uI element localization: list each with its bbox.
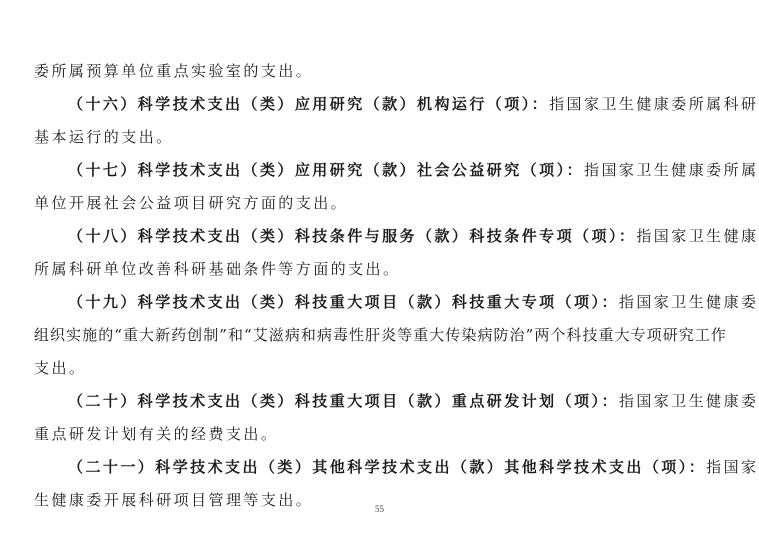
item-17-heading: （十七）科学技术支出（类）应用研究（款）社会公益研究（项）： bbox=[68, 161, 584, 179]
item-16-heading: （十六）科学技术支出（类）应用研究（款）机构运行（项）： bbox=[68, 95, 549, 113]
item-17-line-2: 单位开展社会公益项目研究方面的支出。 bbox=[34, 188, 348, 218]
item-17-text: 指国家卫生健康委所属科研 bbox=[584, 161, 759, 179]
item-19-first-line: （十九）科学技术支出（类）科技重大项目（款）科技重大专项（项）：指国家卫生健康委… bbox=[68, 287, 759, 317]
item-18-first-line: （十八）科学技术支出（类）科技条件与服务（款）科技条件专项（项）：指国家卫生健康… bbox=[68, 221, 759, 251]
item-19-text: 指国家卫生健康委牵头 bbox=[619, 293, 759, 311]
item-16-text: 指国家卫生健康委所属科研单位 bbox=[549, 95, 759, 113]
item-18-line-2: 所属科研单位改善科研基础条件等方面的支出。 bbox=[34, 254, 400, 284]
paragraph-continuation: 委所属预算单位重点实验室的支出。 bbox=[34, 56, 313, 86]
item-19-heading: （十九）科学技术支出（类）科技重大项目（款）科技重大专项（项）： bbox=[68, 293, 619, 311]
item-18-heading: （十八）科学技术支出（类）科技条件与服务（款）科技条件专项（项）： bbox=[68, 227, 636, 245]
page-number: 55 bbox=[0, 504, 759, 514]
item-16-first-line: （十六）科学技术支出（类）应用研究（款）机构运行（项）：指国家卫生健康委所属科研… bbox=[68, 89, 759, 119]
item-20-heading: （二十）科学技术支出（类）科技重大项目（款）重点研发计划（项）： bbox=[68, 392, 619, 410]
item-17-first-line: （十七）科学技术支出（类）应用研究（款）社会公益研究（项）：指国家卫生健康委所属… bbox=[68, 155, 759, 185]
item-21-first-line: （二十一）科学技术支出（类）其他科学技术支出（款）其他科学技术支出（项）：指国家… bbox=[68, 452, 759, 482]
item-19-line-2: 组织实施的“重大新药创制”和“艾滋病和病毒性肝炎等重大传染病防治”两个科技重大专… bbox=[34, 320, 727, 350]
item-20-first-line: （二十）科学技术支出（类）科技重大项目（款）重点研发计划（项）：指国家卫生健康委… bbox=[68, 386, 759, 416]
item-21-text: 指国家卫 bbox=[706, 458, 759, 476]
item-19-line-3: 支出。 bbox=[34, 353, 86, 383]
item-20-line-2: 重点研发计划有关的经费支出。 bbox=[34, 419, 278, 449]
item-18-text: 指国家卫生健康委 bbox=[636, 227, 759, 245]
item-21-heading: （二十一）科学技术支出（类）其他科学技术支出（款）其他科学技术支出（项）： bbox=[68, 458, 706, 476]
item-20-text: 指国家卫生健康委用于 bbox=[619, 392, 759, 410]
item-16-line-2: 基本运行的支出。 bbox=[34, 122, 174, 152]
